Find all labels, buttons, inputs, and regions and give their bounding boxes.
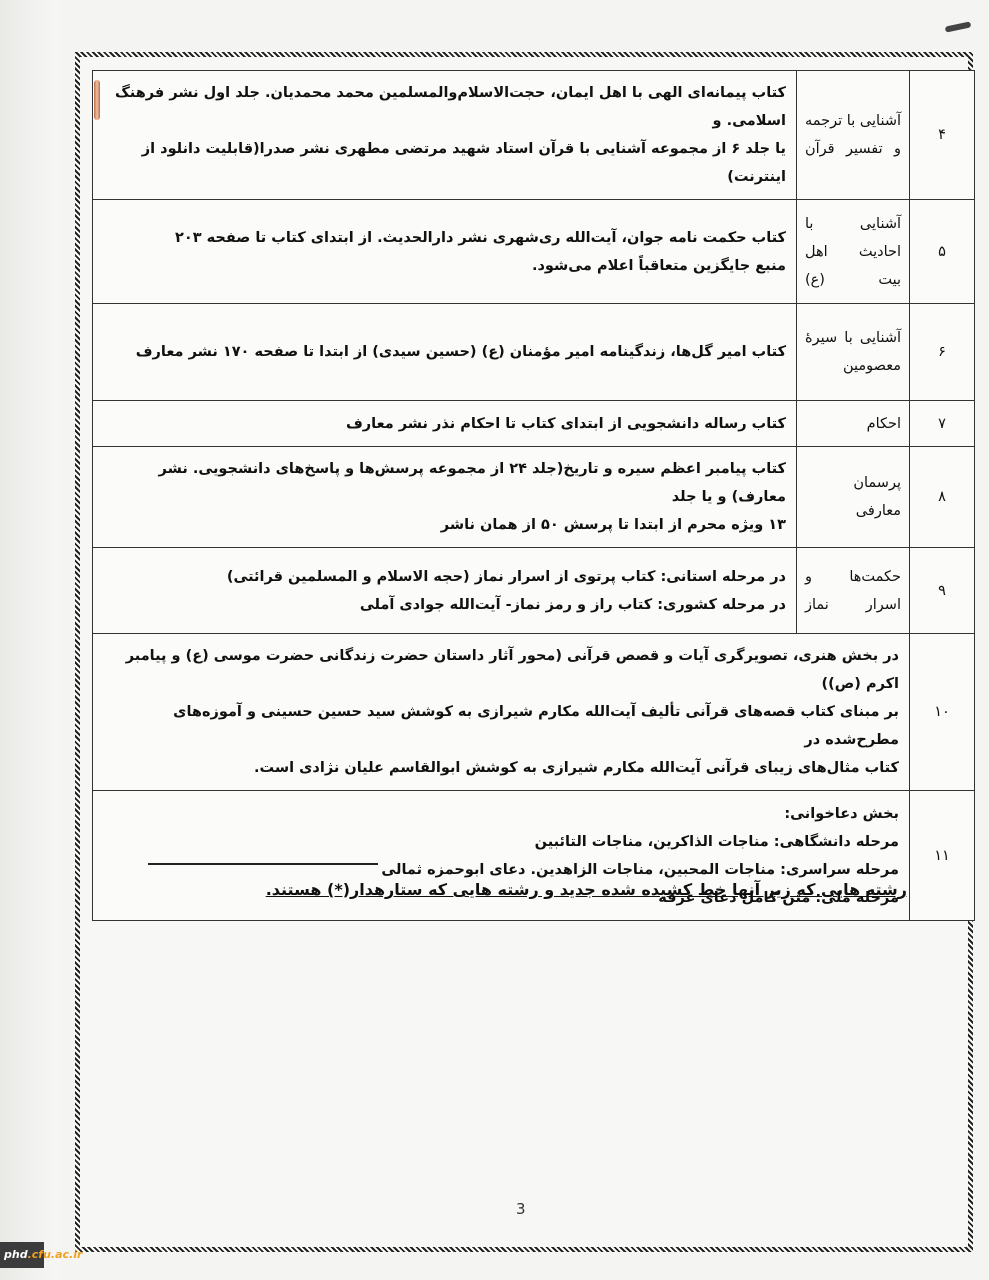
- row-description: کتاب پیامبر اعظم سیره و تاریخ(جلد ۲۴ از …: [93, 447, 797, 548]
- row-description: در مرحله استانی: کتاب پرتوی از اسرار نما…: [93, 548, 797, 634]
- row-description: کتاب پیمانه‌ای الهی با اهل ایمان، حجت‌ال…: [93, 71, 797, 200]
- row-description: کتاب حکمت نامه جوان، آیت‌الله ری‌شهری نش…: [93, 200, 797, 304]
- row-number: ۱۱: [910, 791, 975, 921]
- row-subject: پرسمان معارفی: [797, 447, 910, 548]
- footnote-separator: [148, 863, 378, 865]
- table-row: ۴ آشنایی با ترجمه و تفسیر قرآن کتاب پیما…: [93, 71, 975, 200]
- site-watermark: phd.cfu.ac.ir: [0, 1242, 44, 1268]
- description-line: در مرحله استانی: کتاب پرتوی از اسرار نما…: [103, 563, 786, 591]
- description-line: یا جلد ۶ از مجموعه آشنایی با قرآن استاد …: [103, 135, 786, 191]
- description-line: منبع جایگزین متعاقباً اعلام می‌شود.: [103, 252, 786, 280]
- row-number: ۵: [910, 200, 975, 304]
- row-description: کتاب رساله دانشجویی از ابتدای کتاب تا اح…: [93, 401, 797, 447]
- description-line: در بخش هنری، تصویرگری آیات و قصص قرآنی (…: [103, 642, 899, 698]
- watermark-prefix: phd: [4, 1248, 28, 1261]
- row-subject: حکمت‌ها و اسرار نماز: [797, 548, 910, 634]
- table-row: ۱۰ در بخش هنری، تصویرگری آیات و قصص قرآن…: [93, 634, 975, 791]
- table-row: ۱۱ بخش دعاخوانی: مرحله دانشگاهی: مناجات …: [93, 791, 975, 921]
- description-line: کتاب امیر گل‌ها، زندگینامه امیر مؤمنان (…: [103, 338, 786, 366]
- table-row: ۹ حکمت‌ها و اسرار نماز در مرحله استانی: …: [93, 548, 975, 634]
- row-number: ۴: [910, 71, 975, 200]
- row-subject: آشنایی با سیرهٔ معصومین: [797, 304, 910, 401]
- corner-scan-mark: [945, 21, 972, 32]
- courses-table: ۴ آشنایی با ترجمه و تفسیر قرآن کتاب پیما…: [92, 70, 975, 921]
- row-number: ۱۰: [910, 634, 975, 791]
- row-description: کتاب امیر گل‌ها، زندگینامه امیر مؤمنان (…: [93, 304, 797, 401]
- row-description: بخش دعاخوانی: مرحله دانشگاهی: مناجات الذ…: [93, 791, 910, 921]
- row-number: ۷: [910, 401, 975, 447]
- description-line: کتاب حکمت نامه جوان، آیت‌الله ری‌شهری نش…: [103, 224, 786, 252]
- description-line: ۱۳ ویژه محرم از ابتدا تا پرسش ۵۰ از همان…: [103, 511, 786, 539]
- table-row: ۷ احکام کتاب رساله دانشجویی از ابتدای کت…: [93, 401, 975, 447]
- description-line: کتاب رساله دانشجویی از ابتدای کتاب تا اح…: [103, 410, 786, 438]
- row-number: ۸: [910, 447, 975, 548]
- scan-margin: [0, 0, 60, 1280]
- row-subject: احکام: [797, 401, 910, 447]
- row-number: ۶: [910, 304, 975, 401]
- table-row: ۸ پرسمان معارفی کتاب پیامبر اعظم سیره و …: [93, 447, 975, 548]
- table-row: ۵ آشنایی با احادیث اهل بیت (ع) کتاب حکمت…: [93, 200, 975, 304]
- description-line: در مرحله کشوری: کتاب راز و رمز نماز- آیت…: [103, 591, 786, 619]
- footnote: رشته هایی که زیر آنها خط کشیده شده جدید …: [266, 880, 907, 899]
- description-line: بخش دعاخوانی:: [103, 800, 899, 828]
- description-line: کتاب پیامبر اعظم سیره و تاریخ(جلد ۲۴ از …: [103, 455, 786, 511]
- watermark-suffix: .cfu.ac.ir: [28, 1248, 83, 1261]
- description-line: مرحله دانشگاهی: مناجات الذاکرین، مناجات …: [103, 828, 899, 856]
- row-number: ۹: [910, 548, 975, 634]
- description-line: کتاب مثال‌های زیبای قرآنی آیت‌الله مکارم…: [103, 754, 899, 782]
- description-line: کتاب پیمانه‌ای الهی با اهل ایمان، حجت‌ال…: [103, 79, 786, 135]
- page-number: 3: [516, 1200, 526, 1218]
- paper-clip-icon: [94, 80, 100, 120]
- row-description: در بخش هنری، تصویرگری آیات و قصص قرآنی (…: [93, 634, 910, 791]
- row-subject: آشنایی با ترجمه و تفسیر قرآن: [797, 71, 910, 200]
- table-row: ۶ آشنایی با سیرهٔ معصومین کتاب امیر گل‌ه…: [93, 304, 975, 401]
- row-subject: آشنایی با احادیث اهل بیت (ع): [797, 200, 910, 304]
- description-line: بر مبنای کتاب قصه‌های قرآنی تألیف آیت‌ال…: [103, 698, 899, 754]
